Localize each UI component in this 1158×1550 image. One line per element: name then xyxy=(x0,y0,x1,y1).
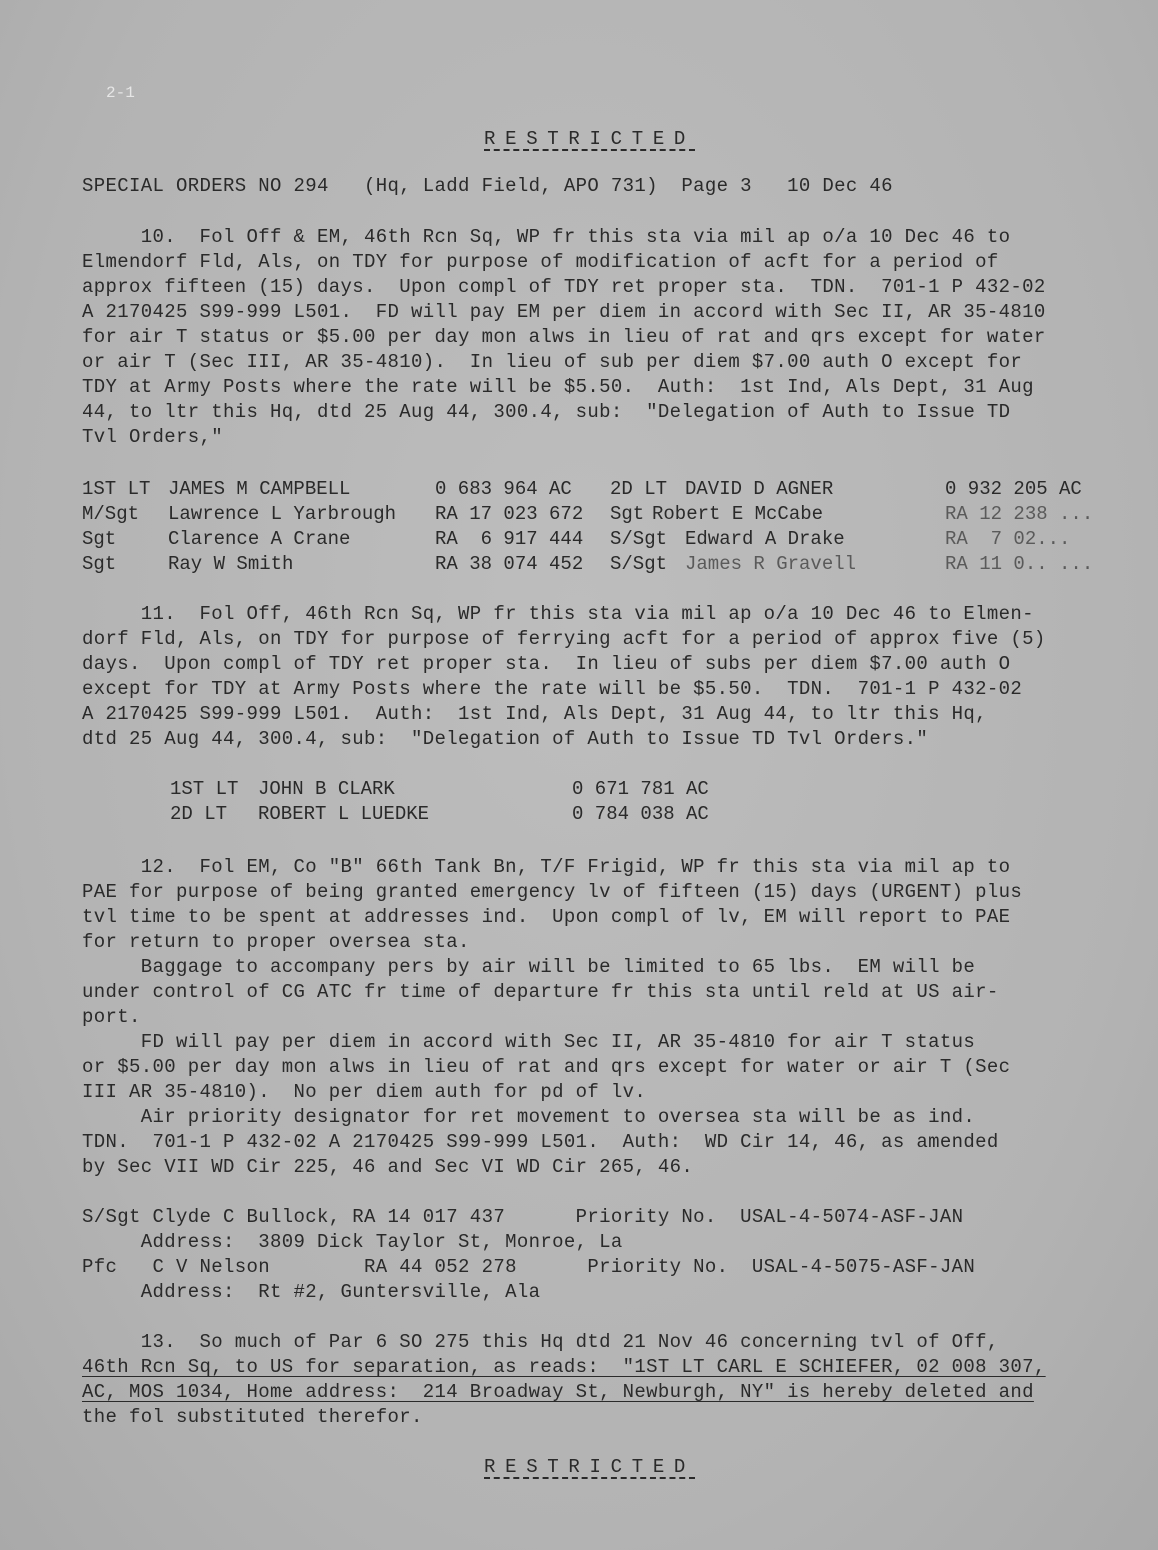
serial: 0 683 964 AC xyxy=(435,478,572,500)
personnel-entry: Pfc C V Nelson RA 44 052 278 Priority No… xyxy=(82,1255,975,1280)
name: Robert E McCabe xyxy=(652,503,823,525)
rank: S/Sgt xyxy=(610,553,667,575)
serial: RA 38 074 452 xyxy=(435,553,583,575)
text-line: by Sec VII WD Cir 225, 46 and Sec VI WD … xyxy=(82,1155,693,1180)
text-line: PAE for purpose of being granted emergen… xyxy=(82,880,1022,905)
text-line: 10. Fol Off & EM, 46th Rcn Sq, WP fr thi… xyxy=(82,225,1010,250)
text-line: tvl time to be spent at addresses ind. U… xyxy=(82,905,1010,930)
rank: M/Sgt xyxy=(82,503,139,525)
text-line: under control of CG ATC fr time of depar… xyxy=(82,980,999,1005)
text-line: 12. Fol EM, Co "B" 66th Tank Bn, T/F Fri… xyxy=(82,855,1010,880)
name: Lawrence L Yarbrough xyxy=(168,503,396,525)
name: DAVID D AGNER xyxy=(685,478,833,500)
text-line: dorf Fld, Als, on TDY for purpose of fer… xyxy=(82,627,1046,652)
text-line: Baggage to accompany pers by air will be… xyxy=(82,955,975,980)
serial: 0 784 038 AC xyxy=(572,803,709,825)
text-line: approx fifteen (15) days. Upon compl of … xyxy=(82,275,1046,300)
serial: RA 11 0.. ... xyxy=(945,553,1093,575)
name: Edward A Drake xyxy=(685,528,845,550)
text-line: A 2170425 S99-999 L501. Auth: 1st Ind, A… xyxy=(82,702,987,727)
text-line: FD will pay per diem in accord with Sec … xyxy=(82,1030,975,1055)
text-line: 46th Rcn Sq, to US for separation, as re… xyxy=(82,1355,1046,1380)
text-line: for return to proper oversea sta. xyxy=(82,930,470,955)
text-line: A 2170425 S99-999 L501. FD will pay EM p… xyxy=(82,300,1046,325)
serial: 0 932 205 AC xyxy=(945,478,1082,500)
rank: Sgt xyxy=(610,503,644,525)
personnel-entry: S/Sgt Clyde C Bullock, RA 14 017 437 Pri… xyxy=(82,1205,963,1230)
text-line: AC, MOS 1034, Home address: 214 Broadway… xyxy=(82,1380,1034,1405)
name: Clarence A Crane xyxy=(168,528,350,550)
classification-header: RESTRICTED xyxy=(484,128,695,150)
text-line: or $5.00 per day mon alws in lieu of rat… xyxy=(82,1055,1010,1080)
name: Ray W Smith xyxy=(168,553,293,575)
text-line: or air T (Sec III, AR 35-4810). In lieu … xyxy=(82,350,1022,375)
name: JOHN B CLARK xyxy=(258,778,395,800)
text-line: days. Upon compl of TDY ret proper sta. … xyxy=(82,652,1010,677)
rank: Sgt xyxy=(82,528,116,550)
corner-mark: 2-1 xyxy=(106,84,135,102)
serial: RA 6 917 444 xyxy=(435,528,583,550)
name: JAMES M CAMPBELL xyxy=(168,478,350,500)
text-line: 44, to ltr this Hq, dtd 25 Aug 44, 300.4… xyxy=(82,400,1010,425)
rank: 2D LT xyxy=(170,803,227,825)
serial: RA 17 023 672 xyxy=(435,503,583,525)
serial: 0 671 781 AC xyxy=(572,778,709,800)
classification-footer: RESTRICTED xyxy=(484,1456,695,1478)
order-title-line: SPECIAL ORDERS NO 294 (Hq, Ladd Field, A… xyxy=(82,174,893,199)
text-line: for air T status or $5.00 per day mon al… xyxy=(82,325,1046,350)
rank: 1ST LT xyxy=(170,778,238,800)
text-line: TDN. 701-1 P 432-02 A 2170425 S99-999 L5… xyxy=(82,1130,999,1155)
rank: 2D LT xyxy=(610,478,667,500)
text-line: III AR 35-4810). No per diem auth for pd… xyxy=(82,1080,646,1105)
rank: 1ST LT xyxy=(82,478,150,500)
text-line: Tvl Orders," xyxy=(82,425,223,450)
serial: RA 7 02... xyxy=(945,528,1070,550)
personnel-address: Address: Rt #2, Guntersville, Ala xyxy=(82,1280,540,1305)
text-line: except for TDY at Army Posts where the r… xyxy=(82,677,1022,702)
text-line: Elmendorf Fld, Als, on TDY for purpose o… xyxy=(82,250,999,275)
name: ROBERT L LUEDKE xyxy=(258,803,429,825)
text-line: dtd 25 Aug 44, 300.4, sub: "Delegation o… xyxy=(82,727,928,752)
text-line: TDY at Army Posts where the rate will be… xyxy=(82,375,1034,400)
document-page: 2-1 RESTRICTED SPECIAL ORDERS NO 294 (Hq… xyxy=(0,0,1158,1550)
text-line: the fol substituted therefor. xyxy=(82,1405,423,1430)
text-line: 11. Fol Off, 46th Rcn Sq, WP fr this sta… xyxy=(82,602,1034,627)
rank: Sgt xyxy=(82,553,116,575)
name: James R Gravell xyxy=(685,553,856,575)
text-line: port. xyxy=(82,1005,141,1030)
personnel-address: Address: 3809 Dick Taylor St, Monroe, La xyxy=(82,1230,623,1255)
serial: RA 12 238 ... xyxy=(945,503,1093,525)
rank: S/Sgt xyxy=(610,528,667,550)
text-line: Air priority designator for ret movement… xyxy=(82,1105,975,1130)
text-line: 13. So much of Par 6 SO 275 this Hq dtd … xyxy=(82,1330,999,1355)
